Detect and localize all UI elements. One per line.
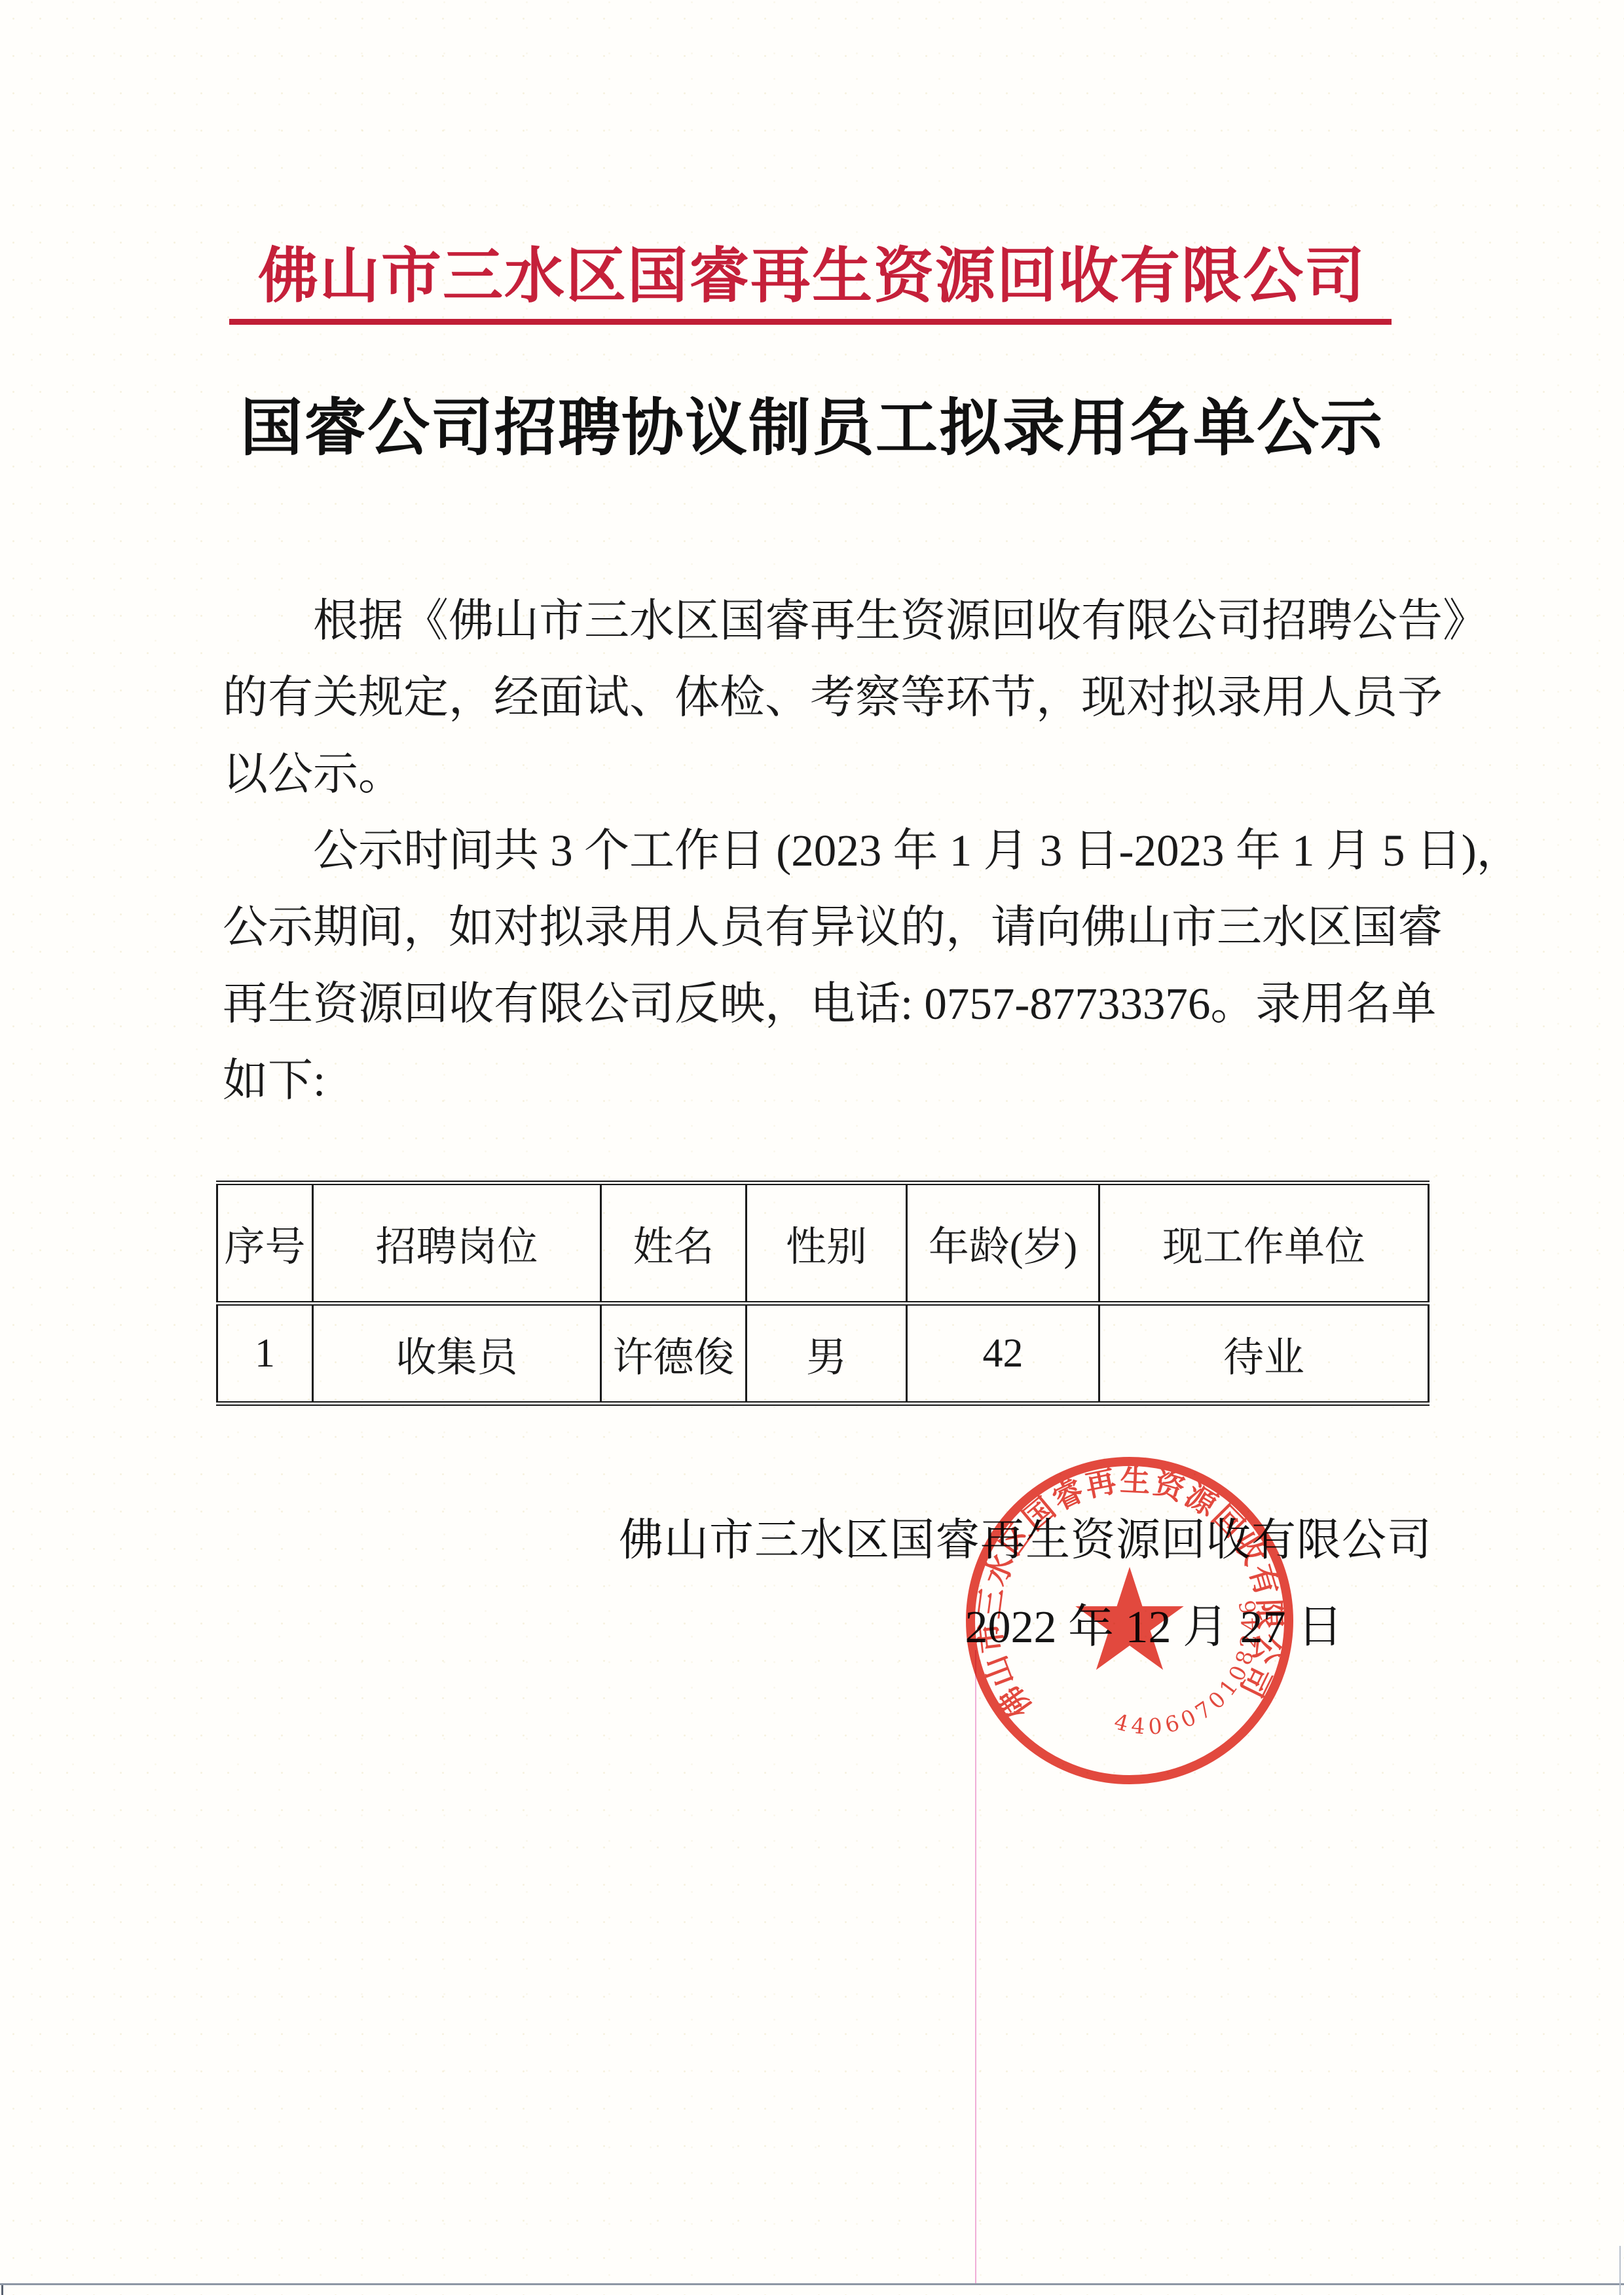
paragraph-2: 公示时间共 3 个工作日 (2023 年 1 月 3 日-2023 年 1 月 … [223,813,1405,1119]
roster-table: 序号 招聘岗位 姓名 性别 年龄(岁) 现工作单位 1 收集员 许德俊 男 42… [216,1181,1430,1406]
page-title: 国睿公司招聘协议制员工拟录用名单公示 [0,378,1624,468]
body-line: 以公示。 [223,736,1405,813]
cell-position: 收集员 [313,1304,601,1404]
col-header-name: 姓名 [601,1183,747,1304]
stamp-star-icon [1075,1567,1183,1670]
cell-age: 42 [907,1304,1099,1404]
col-header-index: 序号 [217,1183,313,1304]
scan-artifact-right-line [1619,2246,1621,2295]
red-divider-rule [229,319,1392,325]
company-seal-stamp: 佛山市三水区国睿再生资源回收有限公司 4406070108246 [959,1450,1300,1791]
col-header-gender: 性别 [747,1183,907,1304]
scan-artifact-corner-tick [1,2285,3,2295]
col-header-current-employer: 现工作单位 [1099,1183,1429,1304]
body-line: 公示时间共 3 个工作日 (2023 年 1 月 3 日-2023 年 1 月 … [223,813,1405,889]
paragraph-1: 根据《佛山市三水区国睿再生资源回收有限公司招聘公告》 的有关规定，经面试、体检、… [223,583,1405,813]
col-header-position: 招聘岗位 [313,1183,601,1304]
body-line: 再生资源回收有限公司反映，电话: 0757-87733376。录用名单 [223,966,1405,1042]
table-row: 1 收集员 许德俊 男 42 待业 [217,1304,1429,1404]
cell-current-employer: 待业 [1099,1304,1429,1404]
body-line: 如下: [223,1042,1405,1119]
cell-name: 许德俊 [601,1304,747,1404]
body-line: 根据《佛山市三水区国睿再生资源回收有限公司招聘公告》 [223,583,1405,659]
col-header-age: 年龄(岁) [907,1183,1099,1304]
cell-index: 1 [217,1304,313,1404]
cell-gender: 男 [747,1304,907,1404]
body-line: 的有关规定，经面试、体检、考察等环节，现对拟录用人员予 [223,659,1405,736]
table-header-row: 序号 招聘岗位 姓名 性别 年龄(岁) 现工作单位 [217,1183,1429,1304]
document-page: { "header": { "company_title": "佛山市三水区国睿… [0,0,1624,2295]
company-header-title: 佛山市三水区国睿再生资源回收有限公司 [0,228,1624,314]
body-line: 公示期间，如对拟录用人员有异议的，请向佛山市三水区国睿 [223,889,1405,966]
scan-artifact-bottom-line [0,2283,1624,2285]
